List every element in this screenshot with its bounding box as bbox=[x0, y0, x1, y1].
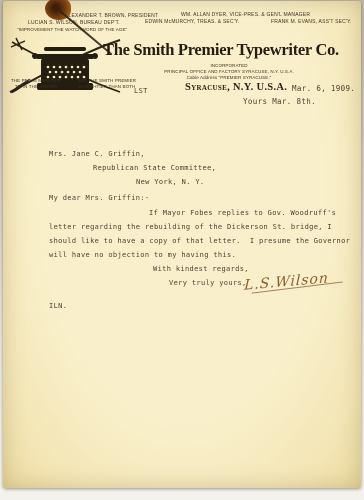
body-line-1: If Mayor Fobes replies to Gov. Woodruff'… bbox=[149, 209, 336, 218]
body-line-2: letter regarding the rebuilding of the D… bbox=[49, 223, 332, 232]
file-number: LST bbox=[134, 87, 148, 96]
incorporated-line: INCORPORATED bbox=[111, 63, 347, 69]
typist-initials: ILN. bbox=[49, 302, 67, 311]
recipient-city: New York, N. Y. bbox=[136, 178, 204, 187]
cable-address-line: Cable Address "PREMIER SYRACUSE." bbox=[111, 75, 347, 81]
letter-page: ALEXANDER T. BROWN, PRESIDENT WM. ALLAN … bbox=[3, 1, 361, 488]
dateline-date: Mar. 6, 1909. bbox=[292, 84, 355, 93]
dateline-city: Syracuse, N.Y. U.S.A. bbox=[185, 82, 287, 93]
salutation: My dear Mrs. Griffin:- bbox=[49, 194, 149, 203]
officer-asst-secretary: FRANK M. EVANS, ASS'T SEC'Y. bbox=[271, 19, 352, 25]
regards-line: With kindest regards, bbox=[153, 265, 249, 274]
recipient-org: Republican State Committee, bbox=[93, 164, 216, 173]
body-line-3: should like to have a copy of that lette… bbox=[49, 237, 350, 246]
body-line-4: will have no objection to my having this… bbox=[49, 251, 236, 260]
received-annotation: Yours Mar. 8th. bbox=[243, 97, 316, 106]
office-line: PRINCIPAL OFFICE AND FACTORY SYRACUSE, N… bbox=[111, 69, 347, 75]
officer-vice-president: WM. ALLAN DYER, VICE-PRES. & GEN'L MANAG… bbox=[181, 12, 310, 18]
closing-line: Very truly yours, bbox=[169, 279, 247, 288]
recipient-name: Mrs. Jane C. Griffin, bbox=[49, 150, 145, 159]
letterhead-slogan: "IMPROVEMENT THE WATCHWORD OF THE AGE" bbox=[17, 27, 127, 33]
motto-pen: THE PEN IS MIGHTIER THAN THE SWORD bbox=[7, 78, 65, 89]
handwritten-signature: L.S.Wilson bbox=[244, 270, 330, 294]
company-name: The Smith Premier Typewriter Co. bbox=[103, 40, 355, 60]
officer-treasurer: EDWIN McMURCHY, TREAS. & SEC'Y. bbox=[145, 19, 239, 25]
